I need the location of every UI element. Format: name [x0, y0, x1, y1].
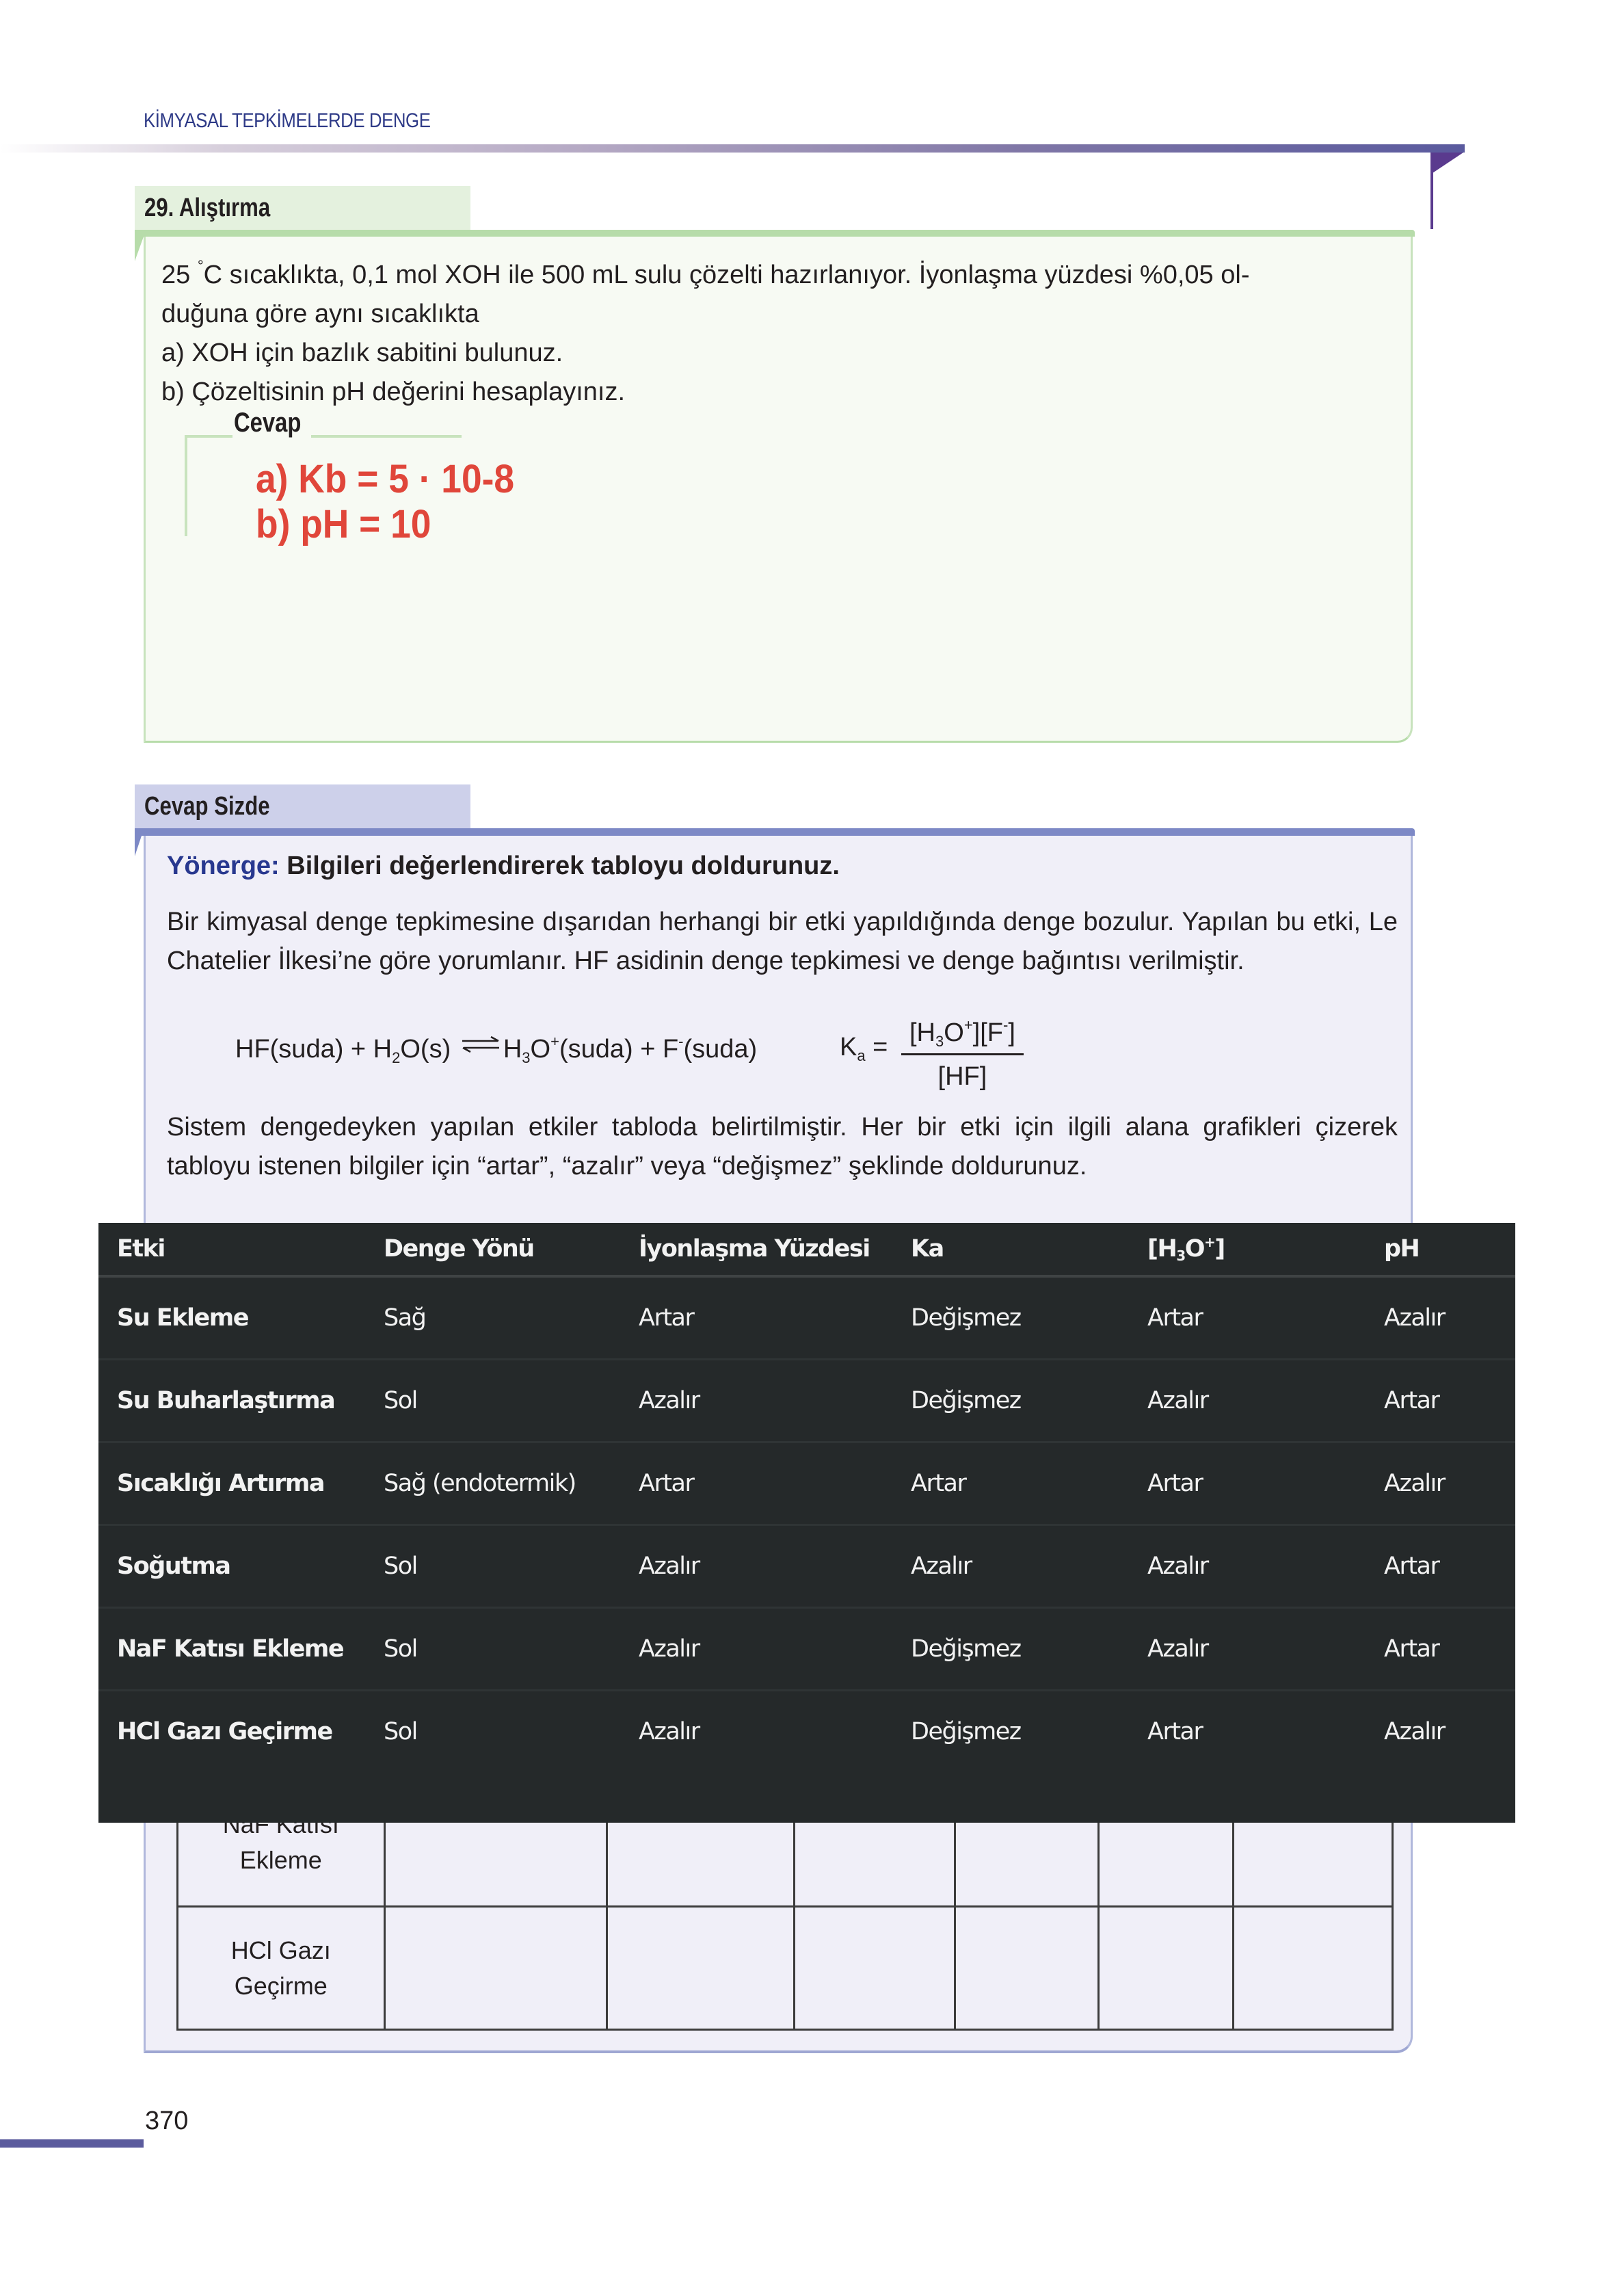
value-cell: Artar — [620, 1276, 892, 1360]
header-etki: Etki — [98, 1223, 365, 1276]
value-cell: Artar — [1129, 1276, 1366, 1360]
value-cell: Artar — [620, 1442, 892, 1525]
answer-table-header: Etki Denge Yönü İyonlaşma Yüzdesi Ka [H3… — [98, 1223, 1515, 1276]
cevap-sizde-title: Cevap Sizde — [144, 784, 270, 828]
header-ka: Ka — [892, 1223, 1129, 1276]
exercise-title: 29. Alıştırma — [144, 186, 270, 230]
value-cell: Değişmez — [892, 1608, 1129, 1691]
value-cell: Azalır — [892, 1525, 1129, 1608]
answer-frame-top-right — [311, 435, 462, 438]
value-cell: Artar — [1129, 1691, 1366, 1773]
value-cell: Değişmez — [892, 1276, 1129, 1360]
effect-cell: Sıcaklığı Artırma — [98, 1442, 365, 1525]
effect-cell: Su Ekleme — [98, 1276, 365, 1360]
cevap-sizde-tab: Cevap Sizde — [135, 784, 470, 830]
task-paragraph: Sistem dengedeyken yapılan etkiler tablo… — [167, 1108, 1398, 1186]
effect-cell: Soğutma — [98, 1525, 365, 1608]
header-gradient-bar — [0, 144, 1465, 153]
answer-frame — [185, 435, 187, 536]
value-cell: Azalır — [620, 1608, 892, 1691]
equilibrium-arrow-icon — [461, 1035, 501, 1053]
value-cell: Sol — [365, 1360, 620, 1442]
effect-cell: Su Buharlaştırma — [98, 1360, 365, 1442]
value-cell: Sol — [365, 1525, 620, 1608]
ka-numerator: [H3O+][F-] — [901, 1016, 1024, 1055]
value-cell: Sol — [365, 1608, 620, 1691]
exercise-title-tab: 29. Alıştırma — [135, 186, 470, 231]
header-h3o: [H3O+] — [1129, 1223, 1366, 1276]
row-label-hcl: HCl Gazı Geçirme — [178, 1907, 385, 2030]
value-cell: Değişmez — [892, 1360, 1129, 1442]
question-line-1: 25 °C sıcaklıkta, 0,1 mol XOH ile 500 mL… — [161, 246, 1399, 295]
blank-cell[interactable] — [607, 1907, 795, 2030]
header-iyonlasma: İyonlaşma Yüzdesi — [620, 1223, 892, 1276]
corner-decoration — [1430, 153, 1463, 174]
header-ph: pH — [1366, 1223, 1515, 1276]
instruction: Yönerge: Bilgileri değerlendirerek tablo… — [167, 852, 840, 881]
table-row: Sıcaklığı ArtırmaSağ (endotermik)ArtarAr… — [98, 1442, 1515, 1525]
answer-frame-top-left — [185, 435, 232, 438]
value-cell: Artar — [1366, 1360, 1515, 1442]
blank-cell[interactable] — [384, 1907, 607, 2030]
value-cell: Azalır — [1366, 1442, 1515, 1525]
blank-cell[interactable] — [955, 1907, 1098, 2030]
answer-text: a) Kb = 5 · 10-8 b) pH = 10 — [256, 457, 537, 547]
table-row: SoğutmaSolAzalırAzalırAzalırArtar — [98, 1525, 1515, 1608]
effect-cell: HCl Gazı Geçirme — [98, 1691, 365, 1773]
value-cell: Sağ — [365, 1276, 620, 1360]
value-cell: Artar — [1366, 1525, 1515, 1608]
blank-cell[interactable] — [1098, 1907, 1233, 2030]
ka-denominator: [HF] — [901, 1055, 1024, 1092]
value-cell: Artar — [892, 1442, 1129, 1525]
table-row: HCl Gazı Geçirme — [178, 1907, 1393, 2030]
table-row: HCl Gazı GeçirmeSolAzalırDeğişmezArtarAz… — [98, 1691, 1515, 1773]
running-title: KİMYASAL TEPKİMELERDE DENGE — [144, 109, 430, 133]
value-cell: Azalır — [1129, 1360, 1366, 1442]
value-cell: Azalır — [620, 1360, 892, 1442]
page-number: 370 — [145, 2107, 188, 2136]
exercise-strip — [135, 230, 1415, 237]
value-cell: Azalır — [620, 1525, 892, 1608]
answer-table: Etki Denge Yönü İyonlaşma Yüzdesi Ka [H3… — [98, 1223, 1515, 1772]
value-cell: Sağ (endotermik) — [365, 1442, 620, 1525]
equilibrium-equation: HF(suda) + H2O(s) H3O+(suda) + F-(suda) — [235, 1033, 757, 1067]
header-denge-yonu: Denge Yönü — [365, 1223, 620, 1276]
answer-b: b) pH = 10 — [256, 502, 514, 547]
cevap-sizde-strip — [135, 828, 1415, 836]
exercise-notch — [135, 237, 144, 261]
value-cell: Artar — [1129, 1442, 1366, 1525]
value-cell: Artar — [1366, 1608, 1515, 1691]
answer-table-overlay: Etki Denge Yönü İyonlaşma Yüzdesi Ka [H3… — [98, 1223, 1515, 1823]
answer-label: Cevap — [234, 408, 316, 438]
ka-label: Ka = — [840, 1033, 888, 1065]
value-cell: Azalır — [1129, 1525, 1366, 1608]
effect-cell: NaF Katısı Ekleme — [98, 1608, 365, 1691]
cevap-sizde-notch — [135, 836, 142, 856]
instruction-text: Bilgileri değerlendirerek tabloyu doldur… — [287, 852, 840, 880]
instruction-label: Yönerge: — [167, 852, 280, 880]
value-cell: Azalır — [1366, 1691, 1515, 1773]
value-cell: Sol — [365, 1691, 620, 1773]
table-row: Su EklemeSağArtarDeğişmezArtarAzalır — [98, 1276, 1515, 1360]
footer-bar — [0, 2139, 144, 2148]
question-line-4: b) Çözeltisinin pH değerini hesaplayınız… — [161, 373, 1399, 412]
ka-fraction: [H3O+][F-] [HF] — [901, 1016, 1024, 1092]
blank-cell[interactable] — [795, 1907, 955, 2030]
value-cell: Azalır — [620, 1691, 892, 1773]
value-cell: Değişmez — [892, 1691, 1129, 1773]
question-line-2: duğuna göre aynı sıcaklıkta — [161, 295, 1399, 334]
corner-line-decoration — [1430, 153, 1433, 229]
answer-a: a) Kb = 5 · 10-8 — [256, 457, 514, 502]
table-row: Su BuharlaştırmaSolAzalırDeğişmezAzalırA… — [98, 1360, 1515, 1442]
table-row: NaF Katısı EklemeSolAzalırDeğişmezAzalır… — [98, 1608, 1515, 1691]
value-cell: Azalır — [1366, 1276, 1515, 1360]
blank-cell[interactable] — [1233, 1907, 1392, 2030]
question-line-3: a) XOH için bazlık sabitini bulunuz. — [161, 334, 1399, 373]
exercise-question: 25 °C sıcaklıkta, 0,1 mol XOH ile 500 mL… — [161, 246, 1399, 412]
intro-paragraph: Bir kimyasal denge tepkimesine dışarıdan… — [167, 903, 1398, 981]
value-cell: Azalır — [1129, 1608, 1366, 1691]
